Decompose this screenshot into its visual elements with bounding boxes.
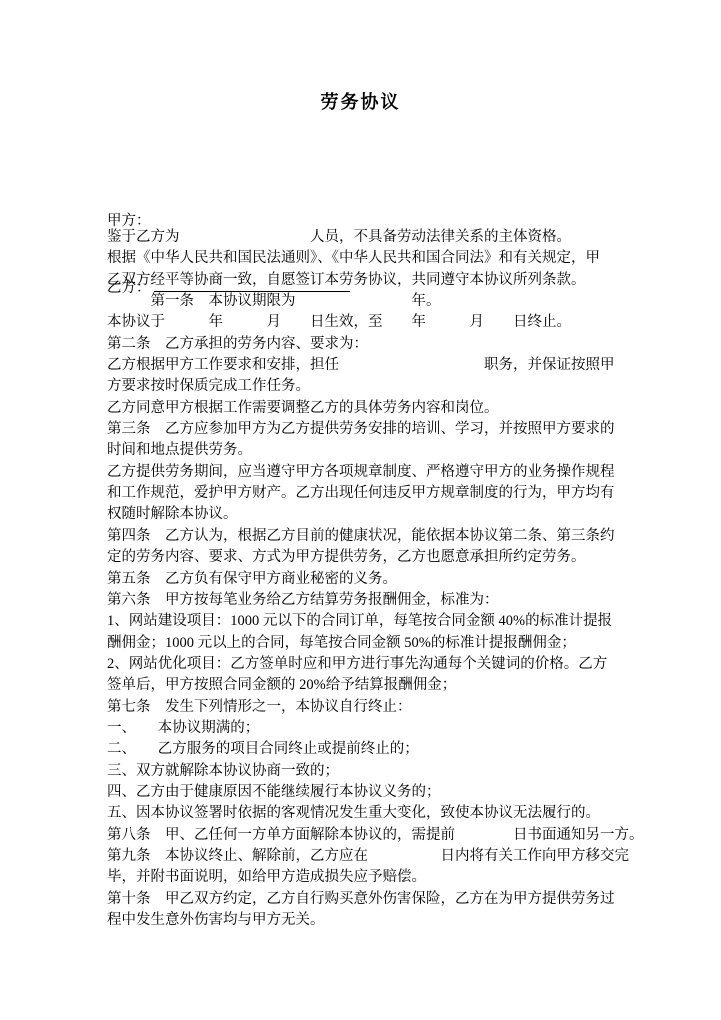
document-line: 乙方根据甲方工作要求和安排，担任 职务，并保证按照甲 (107, 355, 637, 376)
document-line: 根据《中华人民共和国民法通则》、《中华人民共和国合同法》和有关规定，甲 (107, 248, 637, 269)
document-line: 时间和地点提供劳务。 (107, 440, 637, 461)
document-line: 定的劳务内容、要求、方式为甲方提供劳务，乙方也愿意承担所约定劳务。 (107, 547, 637, 568)
document-line: 权随时解除本协议。 (107, 504, 637, 525)
document-title: 劳务协议 (107, 90, 614, 114)
document-line: 第九条 本协议终止、解除前，乙方应在 日内将有关工作向甲方移交完 (107, 846, 637, 867)
document-line: 鉴于乙方为 人员，不具备劳动法律关系的主体资格。 (107, 227, 637, 248)
document-line: 方要求按时保质完成工作任务。 (107, 376, 637, 397)
document-line: 第四条 乙方认为，根据乙方目前的健康状况，能依据本协议第二条、第三条约 (107, 526, 637, 547)
document-line: 二、 乙方服务的项目合同终止或提前终止的； (107, 739, 637, 760)
document-line: 第三条 乙方应参加甲方为乙方提供劳务安排的培训、学习，并按照甲方要求的 (107, 419, 637, 440)
document-line: 2、网站优化项目：乙方签单时应和甲方进行事先沟通每个关键词的价格。乙方 (107, 654, 637, 675)
document-line: 第八条 甲、乙任何一方单方面解除本协议的，需提前 日书面通知另一方。 (107, 825, 637, 846)
document-line: 和工作规范，爱护甲方财产。乙方出现任何违反甲方规章制度的行为，甲方均有 (107, 483, 637, 504)
document-body: 鉴于乙方为 人员，不具备劳动法律关系的主体资格。根据《中华人民共和国民法通则》、… (107, 227, 637, 931)
document-line: 一、 本协议期满的； (107, 718, 637, 739)
document-line: 第二条 乙方承担的劳务内容、要求为： (107, 334, 637, 355)
document-line: 第一条 本协议期限为 年。 (107, 291, 637, 312)
document-line: 五、因本协议签署时依据的客观情况发生重大变化，致使本协议无法履行的。 (107, 803, 637, 824)
document-line: 第七条 发生下列情形之一，本协议自行终止： (107, 697, 637, 718)
document-line: 乙双方经平等协商一致，自愿签订本劳务协议，共同遵守本协议所列条款。 (107, 270, 637, 291)
document-line: 三、双方就解除本协议协商一致的； (107, 761, 637, 782)
document-line: 1、网站建设项目：1000 元以下的合同订单，每笔按合同金额 40%的标准计提报 (107, 611, 637, 632)
document-line: 程中发生意外伤害均与甲方无关。 (107, 910, 637, 931)
document-line: 第五条 乙方负有保守甲方商业秘密的义务。 (107, 569, 637, 590)
document-line: 第六条 甲方按每笔业务给乙方结算劳务报酬佣金，标准为： (107, 590, 637, 611)
document-line: 四、乙方由于健康原因不能继续履行本协议义务的； (107, 782, 637, 803)
document-line: 乙方提供劳务期间，应当遵守甲方各项规章制度、严格遵守甲方的业务操作规程 (107, 462, 637, 483)
document-line: 乙方同意甲方根据工作需要调整乙方的具体劳务内容和岗位。 (107, 398, 637, 419)
document-line: 第十条 甲乙双方约定，乙方自行购买意外伤害保险，乙方在为甲方提供劳务过 (107, 889, 637, 910)
document-line: 签单后，甲方按照合同金额的 20%给予结算报酬佣金； (107, 675, 637, 696)
document-line: 酬佣金；1000 元以上的合同，每笔按合同金额 50%的标准计提报酬佣金； (107, 633, 637, 654)
document-line: 毕，并附书面说明，如给甲方造成损失应予赔偿。 (107, 867, 637, 888)
document-line: 本协议于 年 月 日生效，至 年 月 日终止。 (107, 312, 637, 333)
document-page: 劳务协议 甲方： 乙方： 鉴于乙方为 人员，不具备劳动法律关系的主体资格。根据《… (0, 0, 721, 1020)
